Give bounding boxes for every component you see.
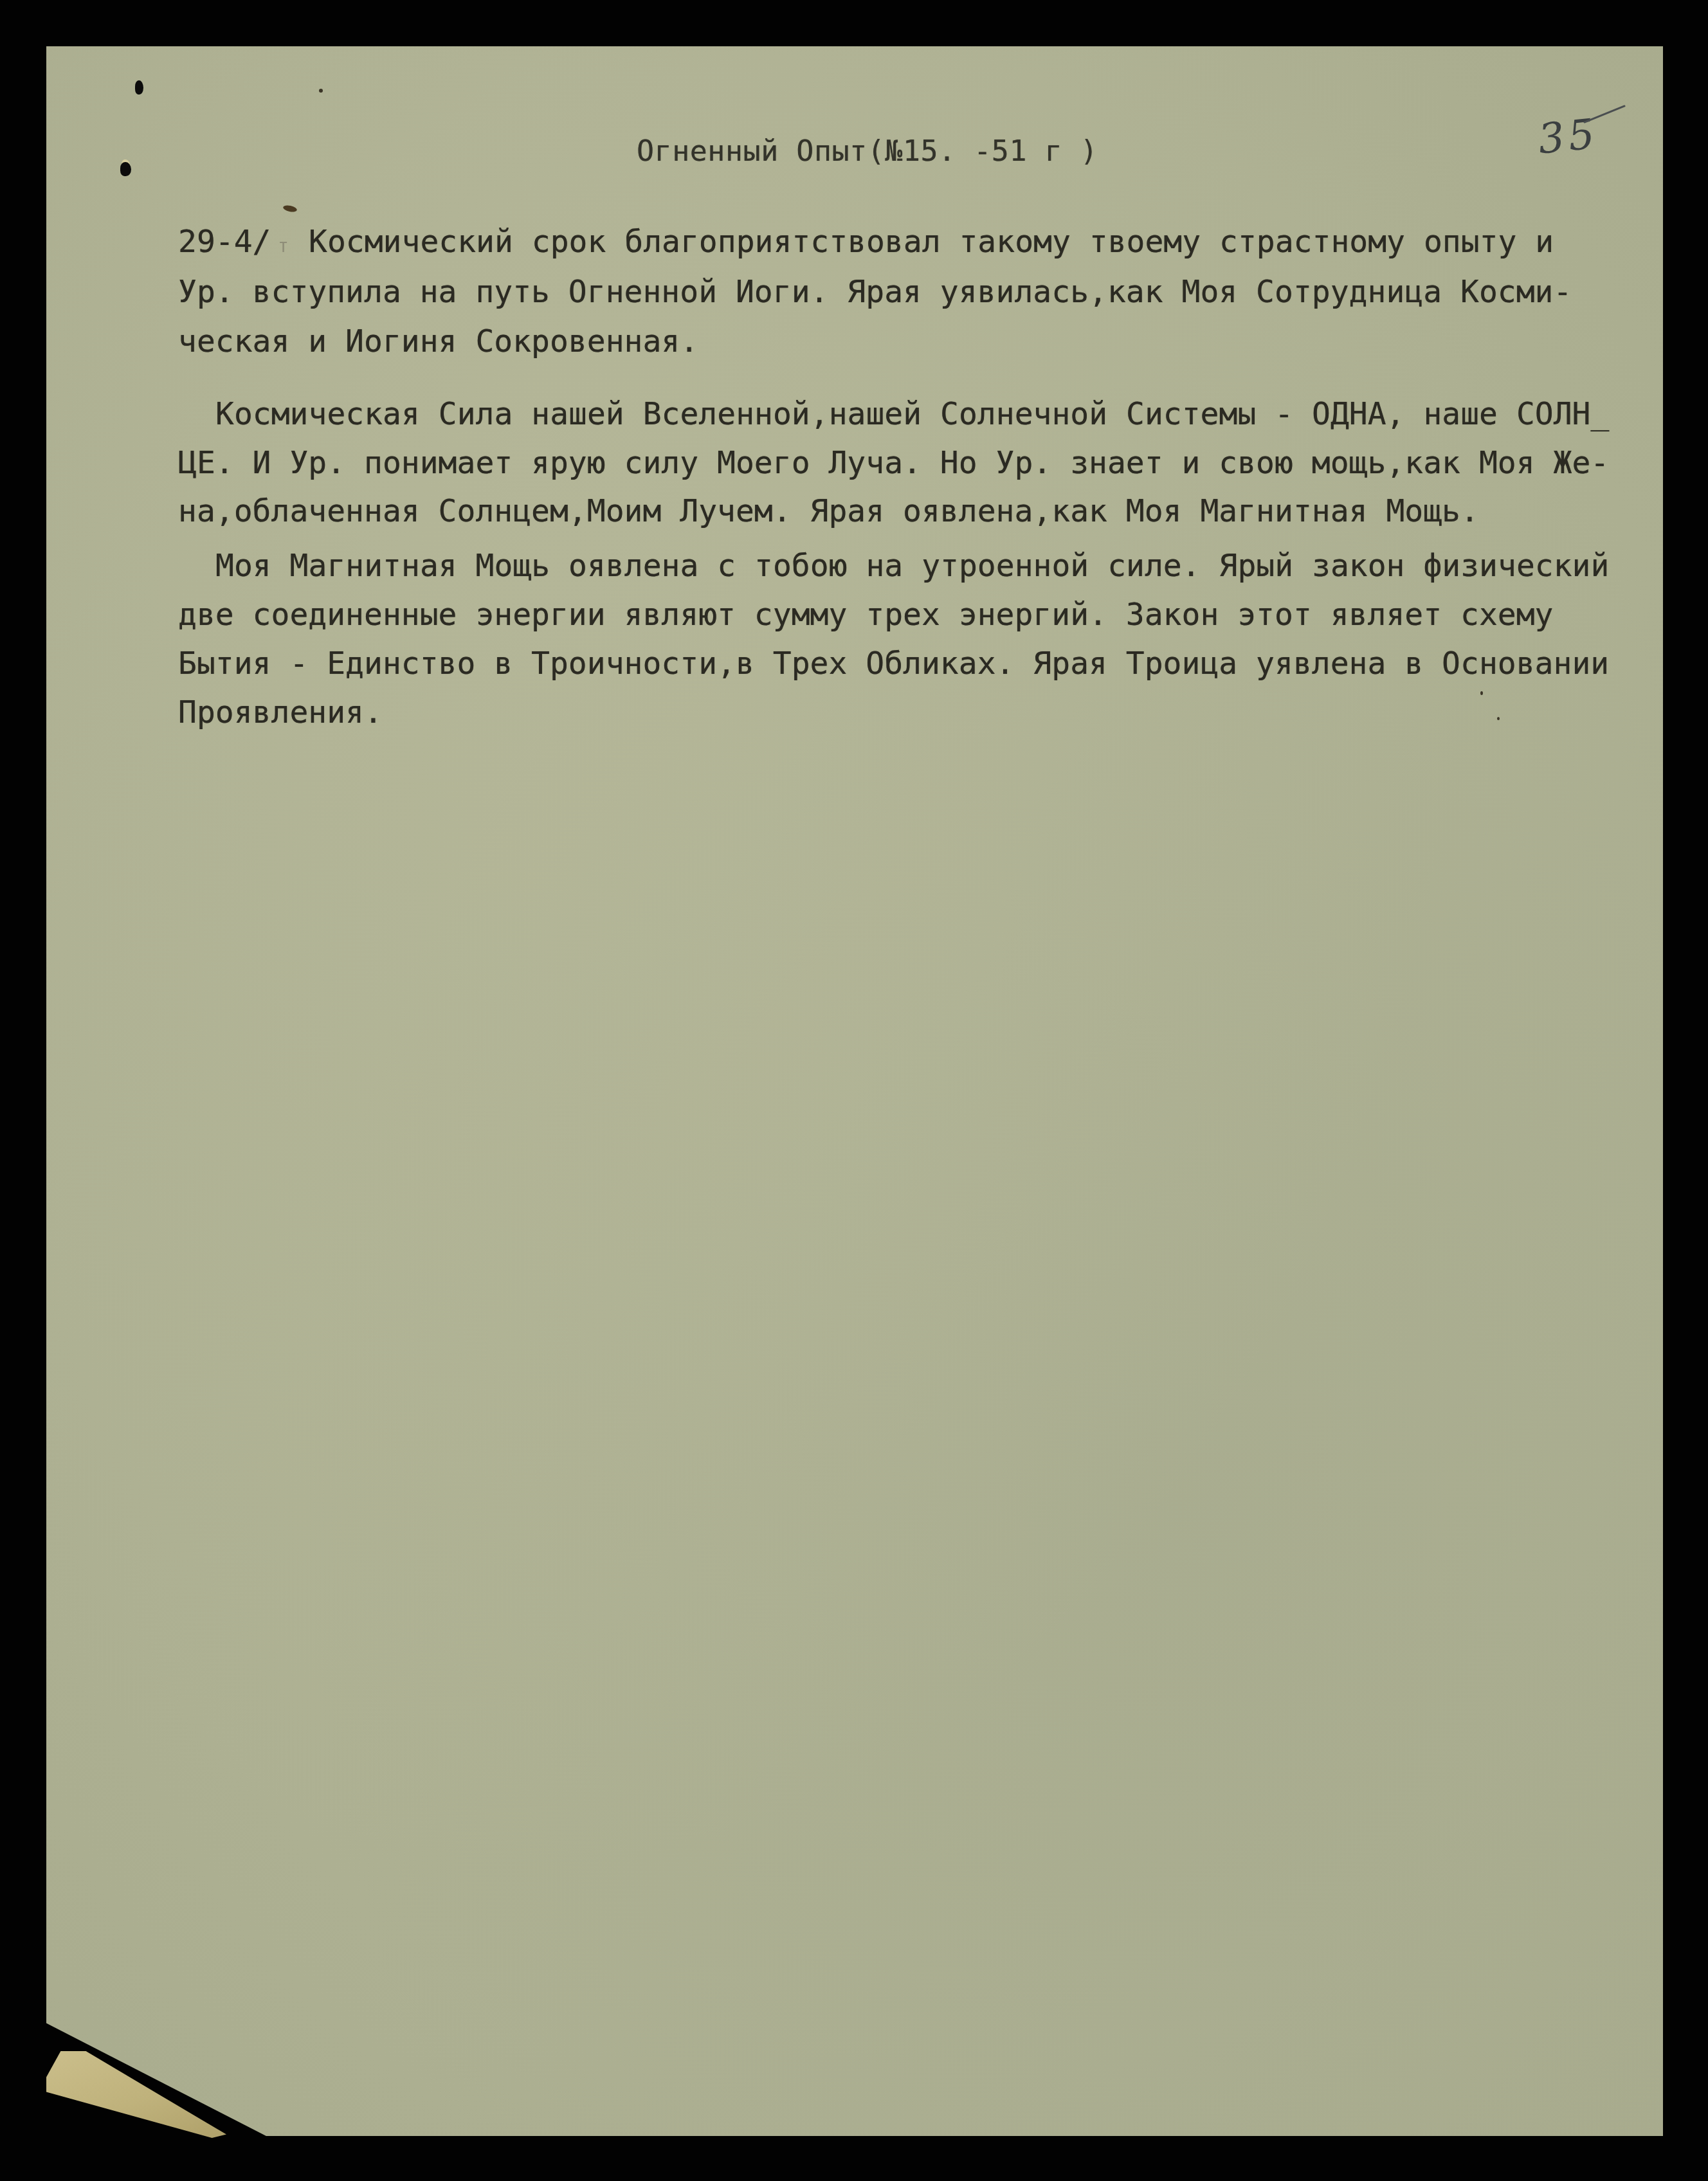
binding-hole [120, 162, 131, 176]
paragraph-3-line-2: две соединенные энергии являют сумму тре… [178, 599, 1553, 630]
paragraph-2-line-2: ЦЕ. И Ур. понимает ярую силу Моего Луча.… [178, 448, 1609, 478]
ink-speck [1497, 717, 1500, 720]
paragraph-1-line-3: ческая и Иогиня Сокровенная. [178, 326, 698, 357]
paragraph-3-line-4: Проявления. [178, 697, 383, 728]
ink-speck [319, 89, 323, 93]
paragraph-1-line-1-date: 29-4/ [178, 226, 271, 257]
paragraph-1-line-2: Ур. вступила на путь Огненной Иоги. Ярая… [178, 276, 1572, 307]
paper-sheet [46, 46, 1663, 2136]
paragraph-3-line-3: Бытия - Единство в Троичности,в Трех Обл… [178, 648, 1609, 679]
ink-speck [1480, 691, 1483, 695]
paragraph-2-line-3: на,облаченная Солнцем,Моим Лучем. Ярая о… [178, 496, 1479, 527]
paragraph-1-line-1: Космический срок благоприятствовал таком… [309, 226, 1554, 257]
faint-typed-mark: т [278, 235, 289, 257]
document-title: Огненный Опыт(№15. -51 г ) [637, 136, 1098, 165]
binding-hole [135, 80, 143, 95]
paragraph-2-line-1: Космическая Сила нашей Вселенной,нашей С… [215, 399, 1609, 430]
paragraph-3-line-1: Моя Магнитная Мощь оявлена с тобою на ут… [215, 550, 1609, 581]
